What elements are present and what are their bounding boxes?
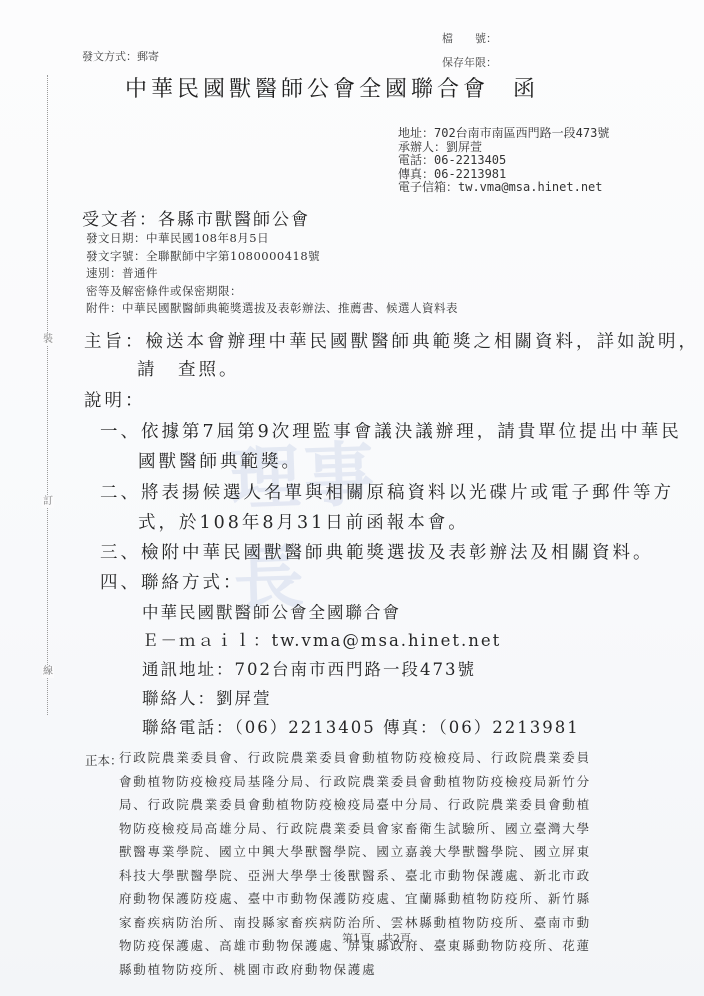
- speed-class: 速別：普通件: [86, 265, 458, 283]
- attachments: 附件：中華民國獸醫師典範獎選拔及表彰辦法、推薦書、候選人資料表: [86, 300, 458, 318]
- document-type: 函: [513, 77, 539, 102]
- explanation-item-1-cont: 國獸醫師典範獎。: [138, 448, 302, 473]
- file-number-label: 檔 號：: [442, 30, 497, 46]
- contact-phone-fax: 聯絡電話：（06）2213405 傳真：（06）2213981: [142, 714, 580, 738]
- explanation-item-2-cont: 式，於108年8月31日前函報本會。: [138, 509, 469, 534]
- binding-mark-top: 裝: [42, 334, 54, 346]
- sender-fax: 傳真：06-2213981: [398, 168, 609, 182]
- page-number: 第1頁 共2頁: [342, 930, 411, 946]
- confidentiality: 密等及解密條件或保密期限：: [86, 283, 458, 301]
- recipient: 受文者：各縣市獸醫師公會: [82, 205, 310, 230]
- sender-info: 地址：702台南市南區西門路一段473號 承辦人：劉屏萱 電話：06-22134…: [398, 127, 609, 195]
- subject-line-1: 主旨：檢送本會辦理中華民國獸醫師典範獎之相關資料，詳如說明，: [84, 328, 699, 353]
- contact-email: Ｅ－ｍａｉｌ：tw.vma@msa.hinet.net: [142, 627, 501, 651]
- explanation-item-1: 一、依據第7屆第9次理監事會議決議辦理，請貴單位提出中華民: [100, 418, 682, 443]
- sender-email: 電子信箱：tw.vma@msa.hinet.net: [398, 181, 609, 195]
- explanation-item-2: 二、將表揚候選人名單與相關原稿資料以光碟片或電子郵件等方: [100, 479, 674, 504]
- explanation-item-4: 四、聯絡方式：: [100, 569, 244, 594]
- explanation-label: 說明：: [84, 387, 146, 412]
- subject-line-2: 請 查照。: [137, 356, 240, 381]
- document-page: 裝 訂 線 理事長 發文方式：郵寄 檔 號： 保存年限： 中華民國獸醫師公會全國…: [0, 0, 704, 996]
- send-method: 發文方式：郵寄: [82, 48, 159, 64]
- document-number: 發文字號：全聯獸師中字第1080000418號: [86, 248, 458, 266]
- sender-address: 地址：702台南市南區西門路一段473號: [398, 127, 609, 141]
- sender-phone: 電話：06-2213405: [398, 154, 609, 168]
- binding-mark-bottom: 線: [42, 666, 54, 678]
- contact-address: 通訊地址：702台南市西門路一段473號: [142, 656, 476, 680]
- organization-name: 中華民國獸醫師公會全國聯合會: [125, 77, 489, 102]
- sender-handler: 承辦人：劉屏萱: [398, 141, 609, 155]
- contact-org: 中華民國獸醫師公會全國聯合會: [142, 599, 401, 623]
- binding-line: [47, 75, 48, 715]
- retention-label: 保存年限：: [442, 54, 497, 70]
- issue-date: 發文日期：中華民國108年8月5日: [86, 230, 458, 248]
- explanation-item-3: 三、檢附中華民國獸醫師典範獎選拔及表彰辦法及相關資料。: [100, 539, 654, 564]
- contact-person: 聯絡人：劉屏萱: [142, 685, 272, 709]
- letter-title: 中華民國獸醫師公會全國聯合會函: [125, 72, 539, 103]
- binding-mark-middle: 訂: [42, 496, 54, 508]
- document-meta: 發文日期：中華民國108年8月5日 發文字號：全聯獸師中字第1080000418…: [86, 230, 458, 318]
- cc-label: 正本：: [85, 751, 123, 769]
